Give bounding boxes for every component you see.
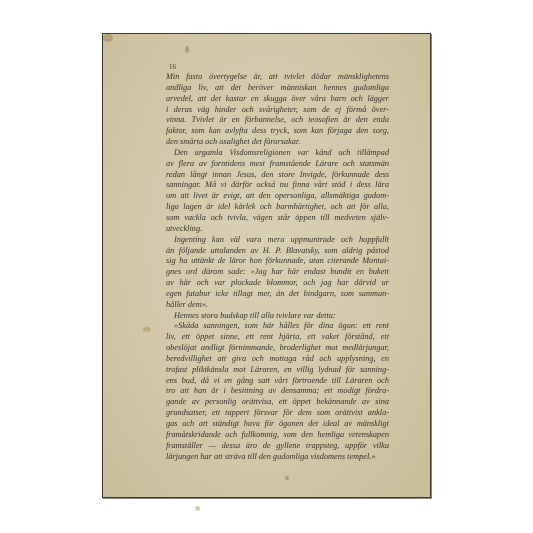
text-line: av här och var plockade blommor, och jag… (166, 278, 389, 289)
text-line: som vackla och tvivla, vägen står öppen … (166, 213, 389, 224)
text-line: Ingenting kan väl vara mera uppmuntrade … (166, 235, 389, 246)
text-line: gas och att ständigt hava för ögonen det… (166, 419, 389, 430)
text-line: redan långt innan Jesus, den store Invig… (166, 170, 389, 181)
text-line: håller dem». (166, 300, 389, 311)
text-line: utveckling. (166, 224, 389, 235)
paper-spot (195, 506, 200, 511)
ink-stain (185, 46, 189, 53)
text-line: framställer — dessa äro de gyllene trapp… (166, 441, 389, 452)
text-line: tro att han är i besittning av densamma;… (166, 386, 389, 397)
text-line: av flera av forntidens mest framstående … (166, 159, 389, 170)
text-line: liga lagen är idel kärlek och barmhärtig… (166, 202, 389, 213)
text-line: i deras väg hinder och svårigheter, som … (166, 105, 389, 116)
page-number: 16 (169, 63, 176, 71)
text-line: obeslöjat andligt förnimmande, broderlig… (166, 343, 389, 354)
scanned-book-page: 16 Min fasta övertygelse är, att tvivlet… (102, 33, 431, 498)
text-line: liv, ett öppet sinne, ett rent hjärta, e… (166, 332, 389, 343)
text-line: vinna. Tvivlet är en förbannelse, och te… (166, 115, 389, 126)
text-line: Den urgamla Visdomsreligionen var känd o… (166, 148, 389, 159)
text-line: »Skåda sanningen, som här hålles för din… (166, 321, 389, 332)
paper-spot (285, 476, 289, 480)
text-line: ens bud, då vi en gång satt vårt förtroe… (166, 376, 389, 387)
text-line: andliga liv, att det beröver människan h… (166, 83, 389, 94)
text-line: om att livet är evigt, att den opersonli… (166, 191, 389, 202)
text-line: än följande uttalanden av H. P. Blavatsk… (166, 246, 389, 257)
text-line: trofast pliktkänsla mot Läraren, en vill… (166, 365, 389, 376)
text-line: den smärta och osalighet det förorsakar. (166, 137, 389, 148)
text-line: arvedel, att det kastar en skugga över v… (166, 94, 389, 105)
text-line: Min fasta övertygelse är, att tvivlet dö… (166, 72, 389, 83)
text-line: framåtskridande och fullkomnig, som den … (166, 430, 389, 441)
text-line: sanningar. Må vi därför också nu finna v… (166, 180, 389, 191)
paper-spot (143, 327, 151, 332)
text-line: gande av personlig orättvisa, ett öppet … (166, 397, 389, 408)
text-line: sig ha uttänkt de läror hon förkunnade, … (166, 256, 389, 267)
text-line: faktor, som kan avlyfta dess tryck, som … (166, 126, 389, 137)
body-text: Min fasta övertygelse är, att tvivlet dö… (166, 72, 389, 462)
text-line: lärjungen har att sträva till den gudoml… (166, 452, 389, 463)
text-line: beredvillighet att giva och mottaga råd … (166, 354, 389, 365)
text-line: grundsatser, ett tappert försvar för dem… (166, 408, 389, 419)
text-line: gnes ord därom sade: »Jag har här endast… (166, 267, 389, 278)
paper-spot (103, 34, 113, 42)
text-line: Hennes stora budskap till alla tvivlare … (166, 311, 389, 322)
text-line: egen fatabur icke tillagt mer, än det bi… (166, 289, 389, 300)
